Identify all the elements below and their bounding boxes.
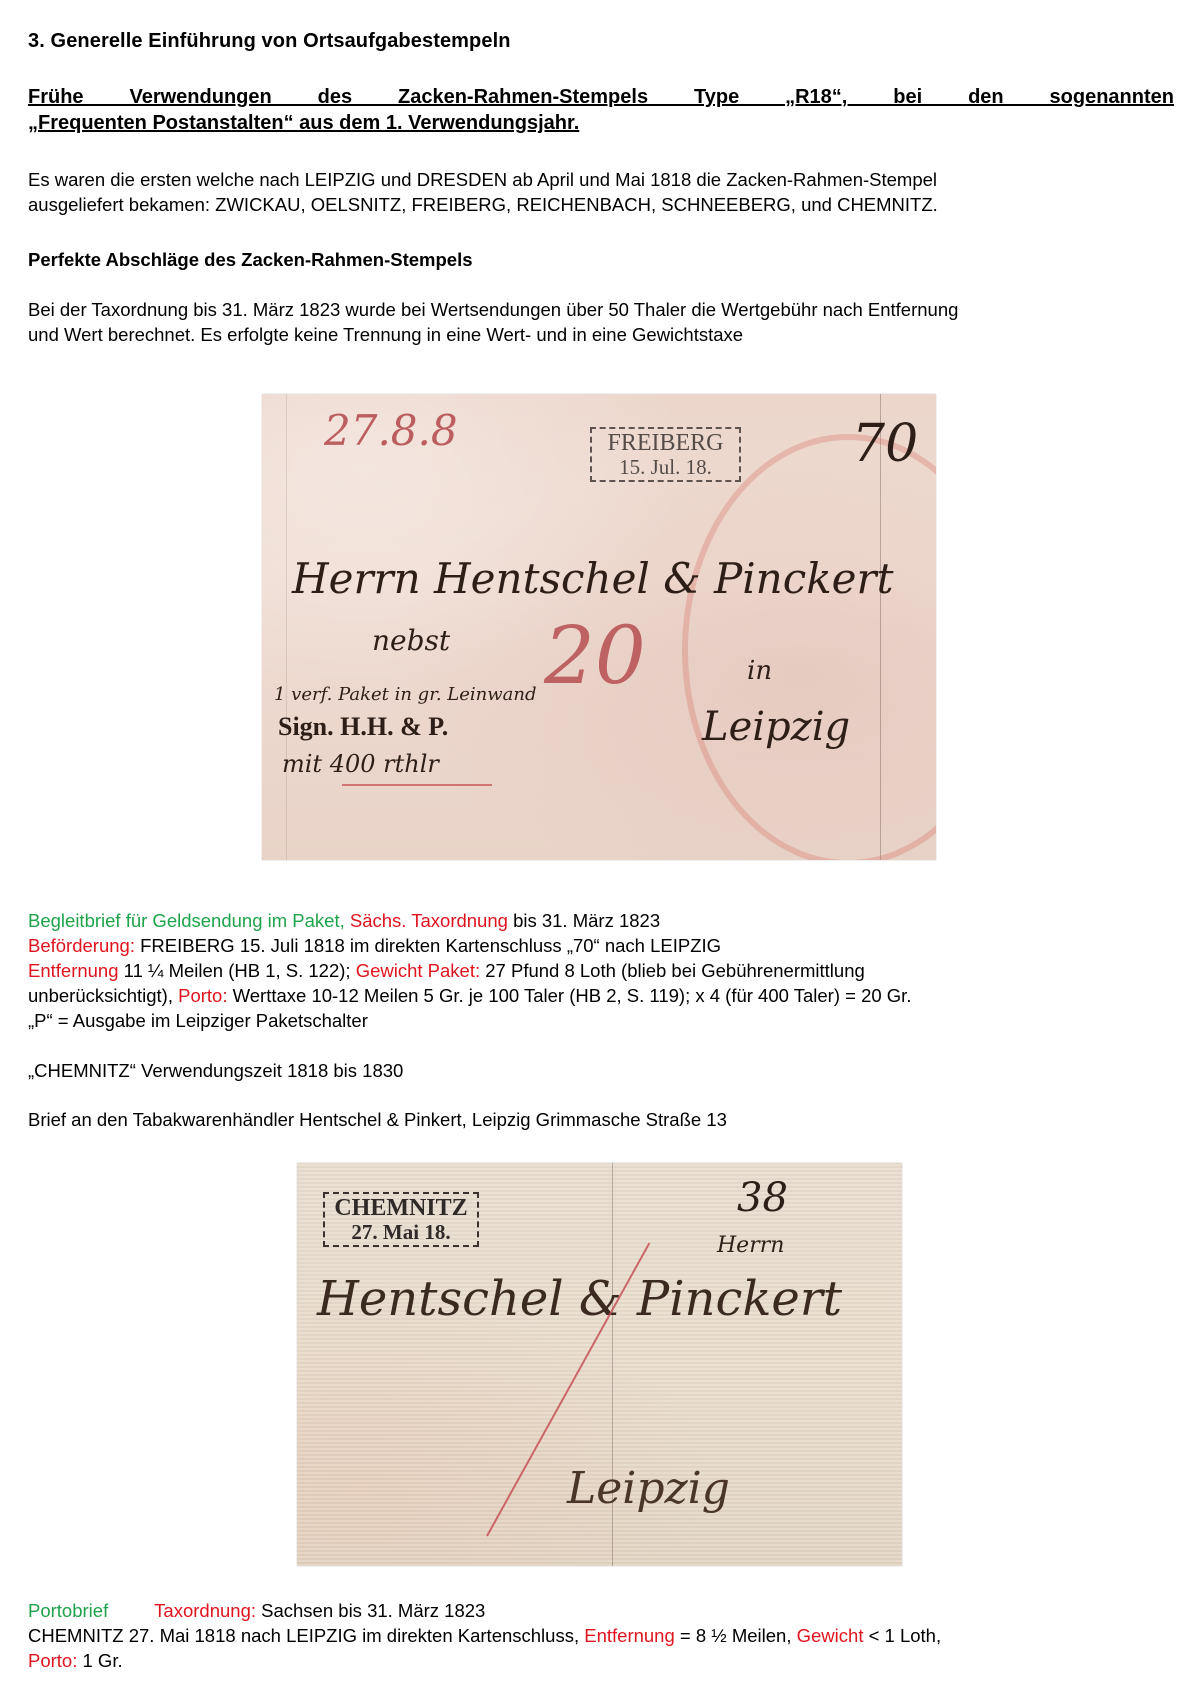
intro-line-2: ausgeliefert bekamen: ZWICKAU, OELSNITZ,… (28, 192, 938, 217)
contents-line-1: 1 verf. Paket in gr. Leinwand (274, 684, 537, 705)
chemnitz-stamp: CHEMNITZ 27. Mai 18. (323, 1192, 479, 1247)
section-title: Perfekte Abschläge des Zacken-Rahmen-Ste… (28, 247, 473, 272)
caption-line-1: Portobrief Taxordnung: Sachsen bis 31. M… (28, 1598, 941, 1623)
value-gewicht: < 1 Loth, (869, 1625, 942, 1646)
stamp-town: CHEMNITZ (331, 1196, 471, 1221)
address-city: Leipzig (567, 1463, 730, 1514)
label-taxordnung: Taxordnung: (154, 1600, 256, 1621)
label-taxordnung: Sächs. Taxordnung (350, 910, 508, 931)
stamp-date: 27. Mai 18. (331, 1221, 471, 1243)
stamp-date: 15. Jul. 18. (598, 456, 733, 478)
chemnitz-period: „CHEMNITZ“ Verwendungszeit 1818 bis 1830 (28, 1058, 403, 1083)
letter-type: Portobrief (28, 1600, 108, 1621)
postage-red: 20 (544, 609, 646, 702)
value-route: CHEMNITZ 27. Mai 1818 nach LEIPZIG im di… (28, 1625, 579, 1646)
intro-paragraph: Es waren die ersten welche nach LEIPZIG … (28, 167, 938, 217)
tax-line-2: und Wert berechnet. Es erfolgte keine Tr… (28, 322, 958, 347)
freiberg-stamp: FREIBERG 15. Jul. 18. (590, 427, 741, 482)
caption-line-1: Begleitbrief für Geldsendung im Paket, S… (28, 908, 911, 933)
address-city: Leipzig (702, 704, 850, 750)
letter-type: Begleitbrief für Geldsendung im Paket, (28, 910, 345, 931)
tax-paragraph: Bei der Taxordnung bis 31. März 1823 wur… (28, 297, 958, 347)
label-gewicht: Gewicht (797, 1625, 864, 1646)
address-line-1: Hentschel & Pinckert (317, 1271, 842, 1327)
address-line-1: Herrn Hentschel & Pinckert (292, 554, 893, 603)
intro-line-1: Es waren die ersten welche nach LEIPZIG … (28, 167, 938, 192)
salutation: Herrn (717, 1233, 784, 1258)
value-gewicht-cont: unberücksichtigt), (28, 985, 173, 1006)
value-taxordnung: bis 31. März 1823 (513, 910, 660, 931)
caption-line-4: unberücksichtigt), Porto: Werttaxe 10-12… (28, 983, 911, 1008)
label-entfernung: Entfernung (28, 960, 119, 981)
route-number: 38 (737, 1175, 788, 1221)
caption-freiberg: Begleitbrief für Geldsendung im Paket, S… (28, 908, 911, 1033)
tax-line-1: Bei der Taxordnung bis 31. März 1823 wur… (28, 297, 958, 322)
caption-line-5: „P“ = Ausgabe im Leipziger Paketschalter (28, 1008, 911, 1033)
subheading-line-2: „Frequenten Postanstalten“ aus dem 1. Ve… (28, 112, 579, 134)
caption-line-3: Porto: 1 Gr. (28, 1648, 941, 1673)
label-porto: Porto: (28, 1650, 77, 1671)
value-taxordnung: Sachsen bis 31. März 1823 (261, 1600, 485, 1621)
subheading-line-1: Frühe Verwendungen des Zacken-Rahmen-Ste… (28, 84, 1174, 110)
page-heading: 3. Generelle Einführung von Ortsaufgabes… (28, 30, 511, 53)
letter2-intro: Brief an den Tabakwarenhändler Hentschel… (28, 1107, 727, 1132)
red-circular-mark (682, 434, 936, 860)
value-porto: Werttaxe 10-12 Meilen 5 Gr. je 100 Taler… (233, 985, 912, 1006)
label-befoerderung: Beförderung: (28, 935, 135, 956)
value-porto: 1 Gr. (83, 1650, 123, 1671)
address-nebst: nebst (372, 624, 450, 657)
value-entfernung: = 8 ½ Meilen, (680, 1625, 792, 1646)
label-gewicht: Gewicht Paket: (356, 960, 480, 981)
contents-line-3: mit 400 rthlr (282, 750, 439, 778)
subheading: Frühe Verwendungen des Zacken-Rahmen-Ste… (28, 84, 1174, 136)
weight-note: 27.8.8 (324, 406, 458, 455)
label-entfernung: Entfernung (584, 1625, 675, 1646)
red-underline (342, 784, 492, 786)
caption-chemnitz: Portobrief Taxordnung: Sachsen bis 31. M… (28, 1598, 941, 1673)
value-befoerderung: FREIBERG 15. Juli 1818 im direkten Karte… (140, 935, 721, 956)
value-gewicht: 27 Pfund 8 Loth (blieb bei Gebührenermit… (485, 960, 865, 981)
contents-line-2: Sign. H.H. & P. (278, 712, 448, 742)
caption-line-2: Beförderung: FREIBERG 15. Juli 1818 im d… (28, 933, 911, 958)
value-entfernung: 11 ¼ Meilen (HB 1, S. 122); (124, 960, 351, 981)
route-number: 70 (852, 414, 918, 474)
letter-image-chemnitz: CHEMNITZ 27. Mai 18. 38 Herrn Hentschel … (297, 1163, 902, 1566)
stamp-town: FREIBERG (598, 431, 733, 456)
label-porto: Porto: (178, 985, 227, 1006)
address-in: in (747, 656, 772, 686)
caption-line-2: CHEMNITZ 27. Mai 1818 nach LEIPZIG im di… (28, 1623, 941, 1648)
letter-image-freiberg: 27.8.8 FREIBERG 15. Jul. 18. 70 Herrn He… (262, 394, 936, 860)
caption-line-3: Entfernung 11 ¼ Meilen (HB 1, S. 122); G… (28, 958, 911, 983)
fold-line (286, 394, 287, 860)
